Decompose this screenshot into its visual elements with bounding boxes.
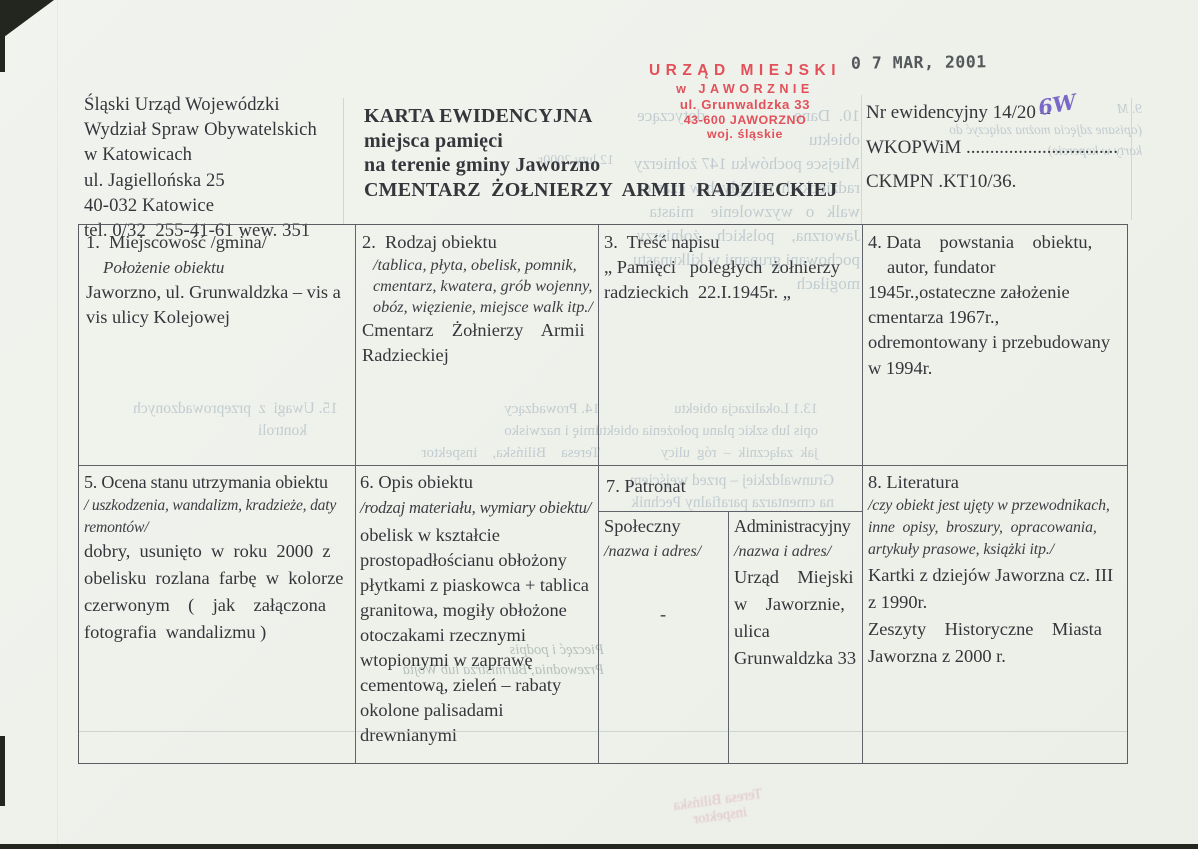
cell-1-hint: Położenie obiektu [103,255,352,280]
text-line: drewnianymi [360,723,596,748]
text-line: z 1990r. [868,589,1128,616]
row-divider [79,465,1127,466]
cell-1-body: Jaworzno, ul. Grunwaldzka – vis avis uli… [86,280,352,330]
text-line: Kartki z dziejów Jaworzna cz. III [868,562,1128,589]
text-line: Radzieckiej [362,343,596,368]
cell-7-patronat-title: 7. Patronat [606,476,756,497]
text-line: remontów/ [84,517,354,539]
text-line: artykuły prasowe, książki itp./ [868,539,1128,561]
cell-5-title: 5. Ocena stanu utrzymania obiektu [84,470,354,495]
cell-3-title: 3. Treść napisu [604,230,858,255]
text-line: /czy obiekt jest ujęty w przewodnikach, [868,495,1128,517]
cell-7-right-body: Urząd Miejskiw Jaworznie,ulicaGrunwaldzk… [734,564,860,672]
handwritten-initials: 6W [1038,92,1076,117]
text-line: Wydział Spraw Obywatelskich [84,117,384,142]
cell-7-left-hint: /nazwa i adres/ [604,539,722,564]
text-line: granitowa, mogiły obłożone [360,598,596,623]
cell-7-right-hint: /nazwa i adres/ [734,539,860,564]
text-line: Śląski Urząd Wojewódzki [84,92,384,117]
text-line: inne opisy, broszury, opracowania, [868,517,1128,539]
cell-8-literatura: 8. Literatura /czy obiekt jest ujęty w p… [868,470,1128,670]
bleedthrough-pink-stamp: Teresa Bilińskainspektor [650,783,787,833]
cell-6-title: 6. Opis obiektu [360,470,596,495]
scan-edge-left-top [0,0,5,72]
text-line: CMENTARZ ŻOŁNIERZY ARMII RADZIECKIEJ [364,178,874,203]
text-line: /tablica, płyta, obelisk, pomnik, [373,255,596,276]
cell-2-hints: /tablica, płyta, obelisk, pomnik,cmentar… [373,255,596,318]
text-line: cmentarza 1967r., [868,305,1126,330]
cell-4-body: 1945r.,ostateczne założeniecmentarza 196… [868,280,1126,381]
cell-7-administracyjny: Administracyjny /nazwa i adres/ Urząd Mi… [734,514,860,672]
text-line: obelisk w kształcie [360,523,596,548]
text-line: wtopionymi w zaprawę [360,648,596,673]
scan-edge-left-bottom [0,736,5,806]
text-line: 40-032 Katowice [84,193,384,218]
column-divider-1 [355,225,356,763]
office-stamp: URZĄD MIEJSKI w JAWORZNIE ul. Grunwaldzk… [638,61,852,142]
patronat-header-divider [598,511,863,512]
date-stamp: 0 7 MAR, 2001 [851,52,987,72]
text-line: ulica [734,618,860,645]
text-line: „ Pamięci poległych żołnierzy [604,255,858,280]
stamp-line: woj. śląskie [638,127,852,142]
text-line: obóz, więzienie, miejsce walk itp./ [373,297,596,318]
text-line: ul. Jagiellońska 25 [84,168,384,193]
sender-address-block: Śląski Urząd WojewódzkiWydział Spraw Oby… [84,92,384,243]
patronat-column-divider [728,511,729,763]
scan-edge-bottom [0,844,1198,849]
cell-4-title: 4. Data powstania obiektu, [868,230,1126,255]
registry-ckmpn: CKMPN .KT10/36. [866,165,1136,200]
text-line: czerwonym ( jak załączona [84,592,354,619]
text-line: płytkami z piaskowca + tablica [360,573,596,598]
text-line: otoczakami rzecznymi [360,623,596,648]
column-divider-2 [598,225,599,763]
cell-8-hints: /czy obiekt jest ujęty w przewodnikach,i… [868,495,1128,561]
text-line: walk o wyzwolenie miasta [598,200,860,224]
cell-2-rodzaj-obiektu: 2. Rodzaj obiektu /tablica, płyta, obeli… [362,230,596,368]
text-line: odremontowany i przebudowany [868,330,1126,355]
text-line: fotografia wandalizmu ) [84,619,354,646]
cell-2-title: 2. Rodzaj obiektu [362,230,596,255]
cell-3-body: „ Pamięci poległych żołnierzyradzieckich… [604,255,858,305]
stamp-line: URZĄD MIEJSKI [638,61,852,81]
text-line: na terenie gminy Jaworzno [364,153,874,178]
text-line: obelisku rozlana farbę w kolorze [84,565,354,592]
stamp-line: w JAWORZNIE [638,81,852,97]
cell-7-spoleczny: Społeczny /nazwa i adres/ - [604,514,722,627]
bleedthrough-rule [79,731,1127,732]
cell-5-body: dobry, usunięto w roku 2000 zobelisku ro… [84,538,354,646]
text-line: w Jaworznie, [734,591,860,618]
stamp-line: 43-600 JAWORZNO [638,113,852,128]
cell-4-data-powstania: 4. Data powstania obiektu, autor, fundat… [868,230,1126,381]
text-line: Zeszyty Historyczne Miasta [868,616,1128,643]
cell-2-body: Cmentarz Żołnierzy ArmiiRadzieckiej [362,318,596,368]
text-line: w 1994r. [868,356,1126,381]
cell-7-left-title: Społeczny [604,514,722,539]
cell-4-subtitle: autor, fundator [887,255,1126,280]
cell-7-right-title: Administracyjny [734,514,860,539]
text-line: dobry, usunięto w roku 2000 z [84,538,354,565]
handwritten-initials-text: 6W [1036,89,1078,120]
text-line: Urząd Miejski [734,564,860,591]
registry-number: Nr ewidencyjny 14/20 – [866,96,1136,131]
text-line: Jaworzno, ul. Grunwaldzka – vis a [86,280,352,305]
text-line: / uszkodzenia, wandalizm, kradzieże, dat… [84,495,354,517]
cell-3-tresc-napisu: 3. Treść napisu „ Pamięci poległych żołn… [604,230,858,305]
text-line: cmentarz, kwatera, grób wojenny, [373,276,596,297]
text-line: w Katowicach [84,142,384,167]
text-line: Jaworzna z 2000 r. [868,643,1128,670]
cell-8-body: Kartki z dziejów Jaworzna cz. IIIz 1990r… [868,562,1128,670]
text-line: okolone palisadami [360,698,596,723]
cell-7-left-value: - [604,602,722,627]
cell-6-body: obelisk w kształcieprostopadłościanu obł… [360,523,596,748]
text-line: vis ulicy Kolejowej [86,305,352,330]
cell-1-miejscowosc: 1. Miejscowość /gmina/ Położenie obiektu… [86,230,352,330]
text-line: 1945r.,ostateczne założenie [868,280,1126,305]
text-line: prostopadłościanu obłożony [360,548,596,573]
cell-6-opis-obiektu: 6. Opis obiektu /rodzaj materiału, wymia… [360,470,596,748]
scanned-record-card: 10. Dane dotycząceobiektuMiejsce pochówk… [0,0,1198,849]
text-line: radzieckich 22.I.1945r. „ [604,280,858,305]
text-line: Grunwaldzka 33 [734,645,860,672]
paper-crease [57,0,58,849]
text-line: Cmentarz Żołnierzy Armii [362,318,596,343]
column-divider-3 [862,225,863,763]
text-line: cementową, zieleń – rabaty [360,673,596,698]
cell-8-title: 8. Literatura [868,470,1128,495]
cell-5-hints: / uszkodzenia, wandalizm, kradzieże, dat… [84,495,354,538]
cell-6-hint: /rodzaj materiału, wymiary obiektu/ [360,495,596,520]
registry-block: Nr ewidencyjny 14/20 – WKOPWiM .........… [866,96,1136,200]
header-divider-1 [343,98,344,225]
cell-5-ocena-stanu: 5. Ocena stanu utrzymania obiektu / uszk… [84,470,354,646]
scan-corner-artifact-topleft [0,0,54,40]
registry-wkopwim: WKOPWiM ................................ [866,131,1136,166]
stamp-line: ul. Grunwaldzka 33 [638,97,852,113]
cell-1-title: 1. Miejscowość /gmina/ [86,230,352,255]
